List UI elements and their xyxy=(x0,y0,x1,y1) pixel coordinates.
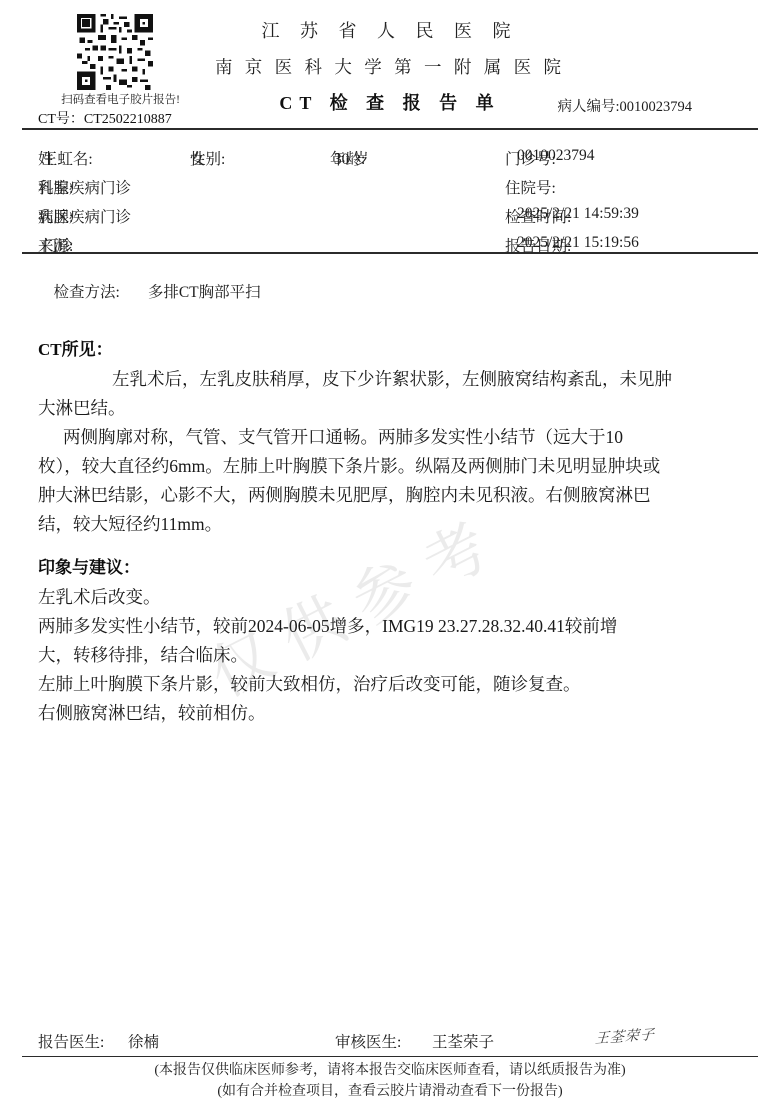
patient-row-3: 病区:乳腺疾病门诊 检查时间:2025/2/21 14:59:39 xyxy=(0,195,780,224)
footer-note-1: (本报告仅供临床医师参考，请将本报告交临床医师查看，请以纸质报告为准) xyxy=(0,1060,780,1081)
patient-info: 姓 名: 王虹 性别:女 年龄: 30 岁 门诊号:0010023794 科室:… xyxy=(0,130,780,252)
patient-row-1: 姓 名: 王虹 性别:女 年龄: 30 岁 门诊号:0010023794 xyxy=(0,137,780,166)
ct-report-page: 扫码查看电子胶片报告! CT号：CT2502210887 江 苏 省 人 民 医… xyxy=(0,0,780,1104)
report-doctor-name: 徐楠 xyxy=(128,1030,159,1052)
source-field: 来源: 门诊 xyxy=(38,229,42,247)
divider-footer xyxy=(22,1056,758,1057)
findings-line: 左乳术后，左乳皮肤稍厚，皮下少许絮状影，左侧腋窝结构紊乱，未见肿 xyxy=(38,365,742,394)
qr-block: 扫码查看电子胶片报告! CT号：CT2502210887 xyxy=(38,14,203,128)
review-doctor-name: 王荃荣子 xyxy=(432,1030,494,1052)
exam-method-label: 检查方法: xyxy=(54,284,120,301)
patient-row-4: 来源: 门诊 报告日期:2025/2/21 15:19:56 xyxy=(0,224,780,253)
footer-notes: (本报告仅供临床医师参考，请将本报告交临床医师查看，请以纸质报告为准) (如有合… xyxy=(0,1060,780,1102)
doctor-signature: 王荃荣子 xyxy=(594,1024,655,1048)
name-field: 姓 名: 王虹 xyxy=(38,142,42,160)
doctors-row: 报告医生: 徐楠 审核医生: 王荃荣子 王荃荣子 xyxy=(0,1026,780,1056)
patient-row-2: 科室:乳腺疾病门诊 住院号: xyxy=(0,166,780,195)
patient-number-label: 病人编号: xyxy=(557,99,619,115)
findings-title: CT所见： xyxy=(38,335,780,360)
qr-caption: 扫码查看电子胶片报告! xyxy=(38,91,203,107)
findings-line: 结，较大短径约11mm。 xyxy=(38,510,742,539)
impression-text: 左乳术后改变。 两肺多发实性小结节，较前2024-06-05增多，IMG19 2… xyxy=(38,583,742,728)
impression-title: 印象与建议： xyxy=(38,553,780,578)
exam-method: 检查方法:多排CT胸部平扫 xyxy=(38,262,780,320)
age-field: 年龄: 30 岁 xyxy=(330,142,334,160)
findings-line: 枚），较大直径约6mm。左肺上叶胸膜下条片影。纵隔及两侧肺门未见明显肿块或 xyxy=(38,452,742,481)
impression-line: 左肺上叶胸膜下条片影，较前大致相仿，治疗后改变可能，随诊复查。 xyxy=(38,670,742,699)
patient-number: 病人编号:0010023794 xyxy=(557,95,692,116)
impression-line: 大，转移待排，结合临床。 xyxy=(38,641,742,670)
impression-line: 右侧腋窝淋巴结，较前相仿。 xyxy=(38,699,742,728)
report-doctor-label: 报告医生: xyxy=(38,1030,104,1052)
findings-line: 两侧胸廓对称，气管、支气管开口通畅。两肺多发实性小结节（远大于10 xyxy=(38,423,742,452)
impression-line: 左乳术后改变。 xyxy=(38,583,742,612)
ct-number-label: CT号： xyxy=(38,112,84,127)
report-footer: 报告医生: 徐楠 审核医生: 王荃荣子 王荃荣子 (本报告仅供临床医师参考，请将… xyxy=(0,1026,780,1104)
report-header: 扫码查看电子胶片报告! CT号：CT2502210887 江 苏 省 人 民 医… xyxy=(0,0,780,128)
findings-line: 肿大淋巴结影，心影不大，两侧胸膜未见肥厚，胸腔内未见积液。右侧腋窝淋巴 xyxy=(38,481,742,510)
findings-text: 左乳术后，左乳皮肤稍厚，皮下少许絮状影，左侧腋窝结构紊乱，未见肿 大淋巴结。 两… xyxy=(38,365,742,539)
patient-number-value: 0010023794 xyxy=(620,99,693,115)
impression-line: 两肺多发实性小结节，较前2024-06-05增多，IMG19 23.27.28.… xyxy=(38,612,742,641)
ct-number: CT号：CT2502210887 xyxy=(38,108,203,128)
findings-line: 大淋巴结。 xyxy=(38,394,742,423)
ct-number-value: CT2502210887 xyxy=(84,112,172,127)
exam-method-value: 多排CT胸部平扫 xyxy=(148,284,261,301)
footer-note-2: (如有合并检查项目，查看云胶片请滑动查看下一份报告) xyxy=(0,1081,780,1102)
review-doctor-label: 审核医生: xyxy=(335,1030,401,1052)
qr-code-icon xyxy=(75,14,155,90)
